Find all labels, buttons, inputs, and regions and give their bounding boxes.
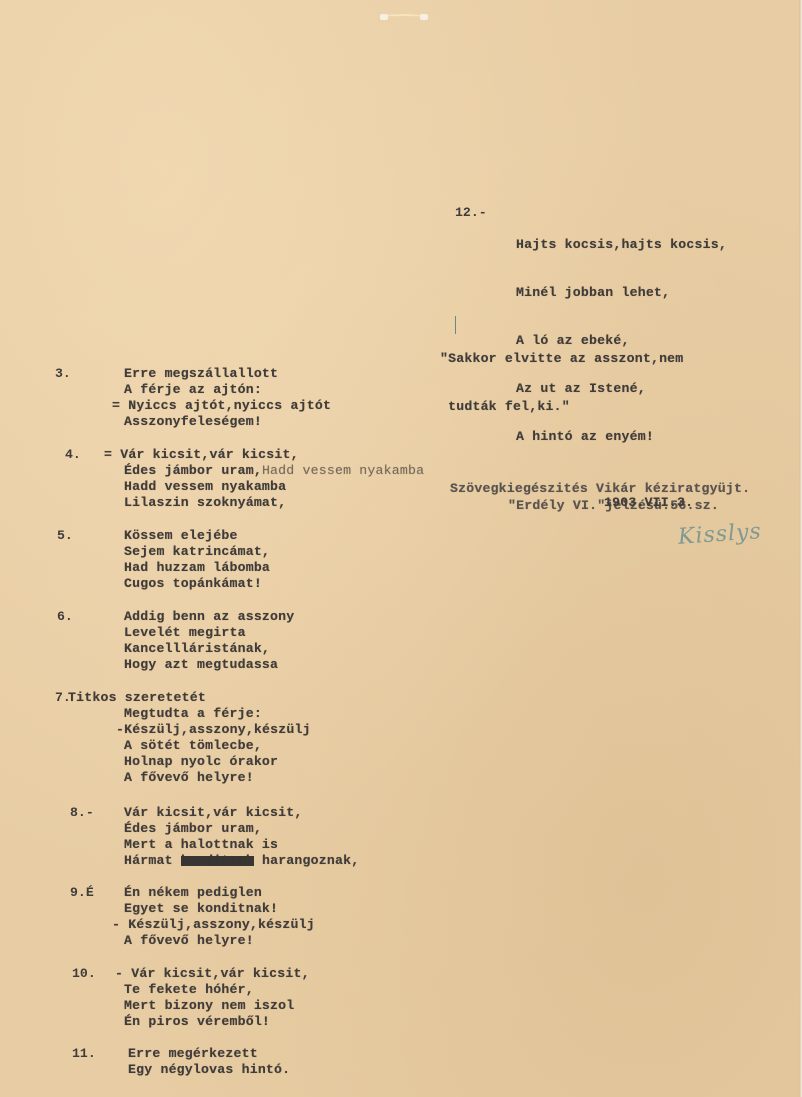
stanza-line: - Vár kicsit,vár kicsit, bbox=[115, 966, 310, 982]
stanza-line: Egyet se konditnak! bbox=[124, 901, 315, 917]
stanza-line: - Készülj,asszony,készülj bbox=[112, 917, 315, 933]
pen-correction-mark bbox=[455, 316, 456, 334]
stanza-text: Hármat bbox=[124, 853, 173, 868]
stanza-line: Asszonyfeleségem! bbox=[124, 414, 331, 430]
stanza-line: Megtudta a férje: bbox=[124, 706, 311, 722]
stanza-5: Kössem elejébeSejem katrincámat,Had huzz… bbox=[124, 528, 270, 592]
stanza-line: Kössem elejébe bbox=[124, 528, 270, 544]
stanza-line: Hogy azt megtudassa bbox=[124, 657, 294, 673]
stanza-8: Vár kicsit,vár kicsit,Édes jámbor uram,M… bbox=[124, 805, 359, 869]
stanza-line: Mert bizony nem iszol bbox=[124, 998, 310, 1014]
stanza-line: Holnap nyolc órakor bbox=[124, 754, 311, 770]
stanza-line: Én nékem pediglen bbox=[124, 885, 315, 901]
stanza-line: Mert a halottnak is bbox=[124, 837, 359, 853]
stanza-line: Vár kicsit,vár kicsit, bbox=[124, 805, 359, 821]
stanza-line: Sejem katrincámat, bbox=[124, 544, 270, 560]
staple-mark bbox=[382, 14, 424, 20]
stanza-text: harangoznak, bbox=[262, 853, 359, 868]
stanza-number: 11. bbox=[72, 1046, 96, 1061]
stanza-number: 8.- bbox=[70, 805, 94, 820]
stanza-4: = Vár kicsit,vár kicsit,Édes jámbor uram… bbox=[104, 447, 424, 511]
stanza-line: Kancellláristának, bbox=[124, 641, 294, 657]
stanza-line: Egy négylovas hintó. bbox=[128, 1062, 290, 1078]
stanza-line: Édes jámbor uram, bbox=[124, 821, 359, 837]
stanza-line: A sötét tömlecbe, bbox=[124, 738, 311, 754]
stanza-number: 6. bbox=[57, 609, 73, 624]
stanza-line: A fővevő helyre! bbox=[124, 933, 315, 949]
stanza-line: Hadd vessem nyakamba bbox=[124, 479, 424, 495]
stanza-line: Erre megérkezett bbox=[128, 1046, 290, 1062]
stanza-3: Erre megszállallottA férje az ajtón:= Ny… bbox=[124, 366, 331, 430]
stanza-line: A fővevő helyre! bbox=[124, 770, 311, 786]
stanza-number: 3. bbox=[55, 366, 71, 381]
stanza-line: Minél jobban lehet, bbox=[516, 285, 727, 301]
stanza-line: Had huzzam lábomba bbox=[124, 560, 270, 576]
stanza-line: Hajts kocsis,hajts kocsis, bbox=[516, 237, 727, 253]
stanza-line: Én piros véremből! bbox=[124, 1014, 310, 1030]
date-stamp: 1903.VII.3. bbox=[604, 495, 693, 511]
stanza-line: A férje az ajtón: bbox=[124, 382, 331, 398]
stanza-line: Cugos topánkámat! bbox=[124, 576, 270, 592]
quote-note: "Sakkor elvitte az asszont,nem tudták fe… bbox=[440, 319, 683, 431]
stanza-6: Addig benn az asszonyLevelét megirtaKanc… bbox=[124, 609, 294, 673]
stanza-7: Titkos szeretetétMegtudta a férje:-Készü… bbox=[68, 690, 311, 786]
stanza-line: Addig benn az asszony bbox=[124, 609, 294, 625]
stanza-line: A hintó az enyém! bbox=[516, 429, 727, 445]
stanza-line: Erre megszállallott bbox=[124, 366, 331, 382]
stanza-number: 9.É bbox=[70, 885, 94, 900]
stanza-line: Hármat konditnak harangoznak, bbox=[124, 853, 359, 869]
quote-line: tudták fel,ki." bbox=[440, 399, 683, 415]
stanza-text: Édes jámbor uram, bbox=[124, 463, 262, 478]
stanza-10: - Vár kicsit,vár kicsit,Te fekete hóhér,… bbox=[115, 966, 310, 1030]
stanza-line: Édes jámbor uram,Hadd vessem nyakamba bbox=[124, 463, 424, 479]
stanza-number: 12.- bbox=[455, 205, 487, 220]
stanza-line: -Készülj,asszony,készülj bbox=[116, 722, 311, 738]
stanza-line: Titkos szeretetét bbox=[68, 690, 311, 706]
faded-overtype: Hadd vessem nyakamba bbox=[262, 463, 424, 478]
stanza-11: Erre megérkezettEgy négylovas hintó. bbox=[128, 1046, 290, 1078]
struck-out-word: konditnak bbox=[181, 856, 254, 866]
stanza-9: Én nékem pediglenEgyet se konditnak!- Ké… bbox=[124, 885, 315, 949]
stanza-line: Te fekete hóhér, bbox=[124, 982, 310, 998]
handwritten-signature: Kisslys bbox=[677, 519, 762, 550]
stanza-line: Levelét megirta bbox=[124, 625, 294, 641]
stanza-line: = Vár kicsit,vár kicsit, bbox=[104, 447, 424, 463]
stanza-number: 10. bbox=[72, 966, 96, 981]
stanza-number: 5. bbox=[57, 528, 73, 543]
stanza-line: = Nyiccs ajtót,nyiccs ajtót bbox=[112, 398, 331, 414]
quote-line: "Sakkor elvitte az asszont,nem bbox=[440, 351, 683, 367]
stanza-line: Lilaszin szoknyámat, bbox=[124, 495, 424, 511]
stanza-number: 4. bbox=[65, 447, 81, 462]
